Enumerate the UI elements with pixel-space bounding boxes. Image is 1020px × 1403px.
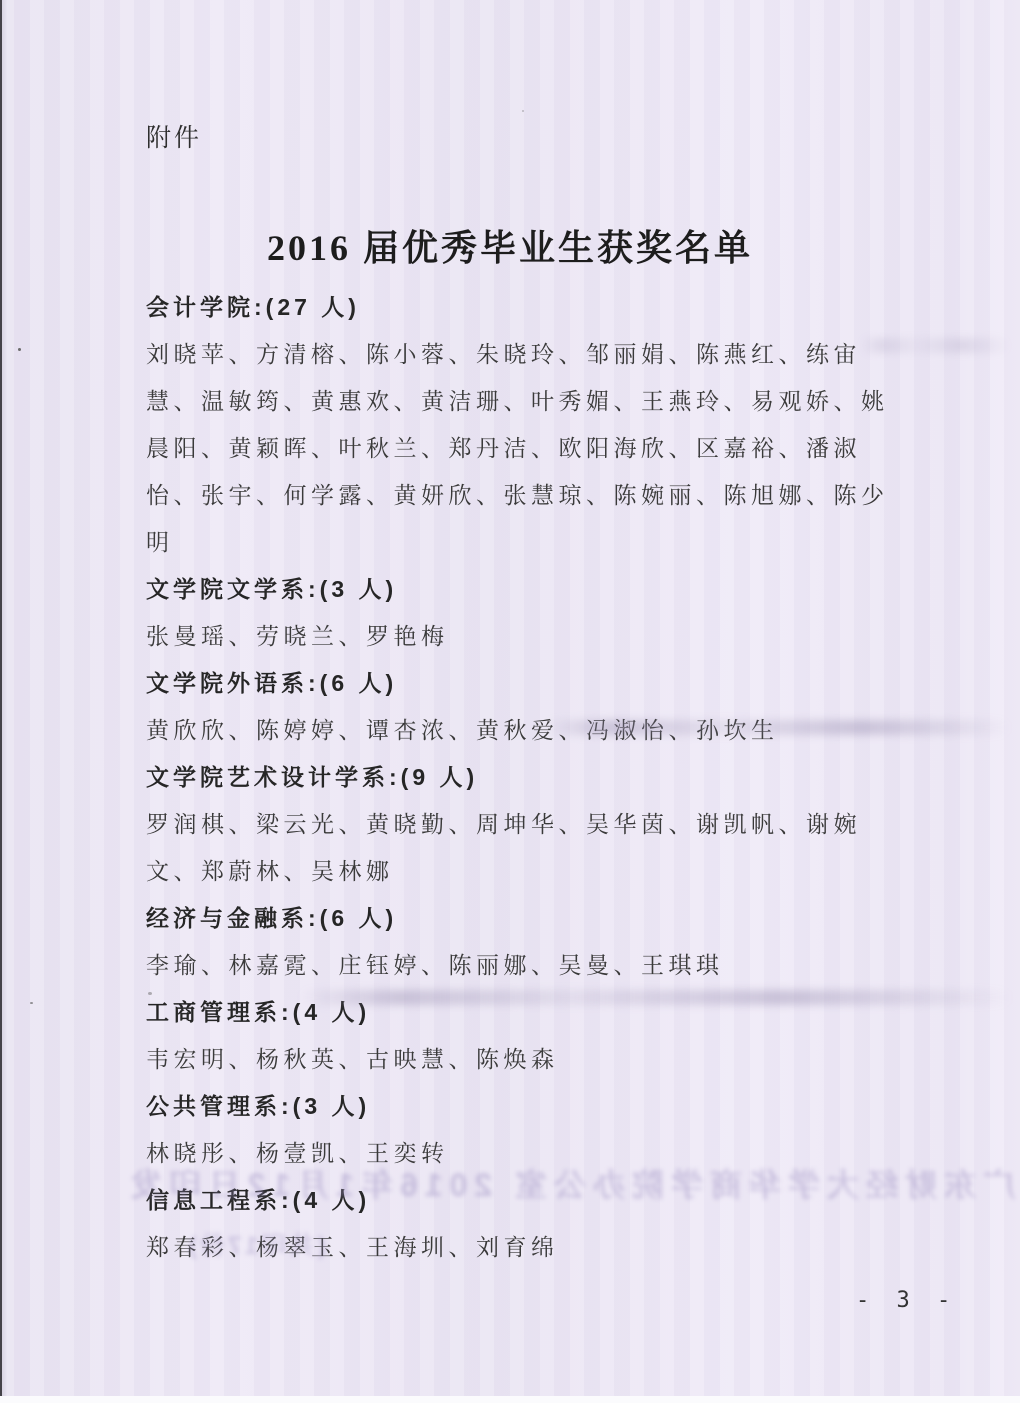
section-names: 李瑜、林嘉霓、庄钰婷、陈丽娜、吴曼、王琪琪 (146, 942, 898, 989)
section-heading: 工商管理系:(4 人) (146, 989, 898, 1036)
section-heading: 会计学院:(27 人) (146, 284, 898, 331)
scan-speck (18, 348, 21, 351)
attachment-label: 附件 (146, 118, 202, 154)
section-heading: 经济与金融系:(6 人) (146, 895, 898, 942)
section-names: 林晓彤、杨壹凯、王奕转 (146, 1130, 898, 1177)
scan-speck (522, 110, 524, 112)
section-heading: 文学院艺术设计学系:(9 人) (146, 754, 898, 801)
page-number: - 3 - (856, 1288, 957, 1313)
scan-edge (0, 0, 7, 1396)
document-title: 2016 届优秀毕业生获奖名单 (0, 220, 1020, 271)
sections: 会计学院:(27 人)刘晓苹、方清榕、陈小蓉、朱晓玲、邹丽娟、陈燕红、练宙慧、温… (146, 284, 898, 1271)
section-names: 韦宏明、杨秋英、古映慧、陈焕森 (146, 1036, 898, 1083)
section-names: 刘晓苹、方清榕、陈小蓉、朱晓玲、邹丽娟、陈燕红、练宙慧、温敏筠、黄惠欢、黄洁珊、… (146, 331, 898, 566)
section-heading: 公共管理系:(3 人) (146, 1083, 898, 1130)
section-heading: 文学院文学系:(3 人) (146, 566, 898, 613)
section-names: 罗润棋、梁云光、黄晓勤、周坤华、吴华茵、谢凯帆、谢婉文、郑蔚林、吴林娜 (146, 801, 898, 895)
section-names: 张曼瑶、劳晓兰、罗艳梅 (146, 613, 898, 660)
section-names: 黄欣欣、陈婷婷、谭杏浓、黄秋爱、冯淑怡、孙坎生 (146, 707, 898, 754)
scan-speck (148, 992, 152, 995)
section-heading: 文学院外语系:(6 人) (146, 660, 898, 707)
scan-speck (30, 1002, 33, 1004)
scanned-page: 附件 2016 届优秀毕业生获奖名单 会计学院:(27 人)刘晓苹、方清榕、陈小… (0, 0, 1020, 1396)
section-heading: 信息工程系:(4 人) (146, 1177, 898, 1224)
scan-bottom-edge (0, 1396, 1020, 1403)
section-names: 郑春彩、杨翠玉、王海圳、刘育绵 (146, 1224, 898, 1271)
